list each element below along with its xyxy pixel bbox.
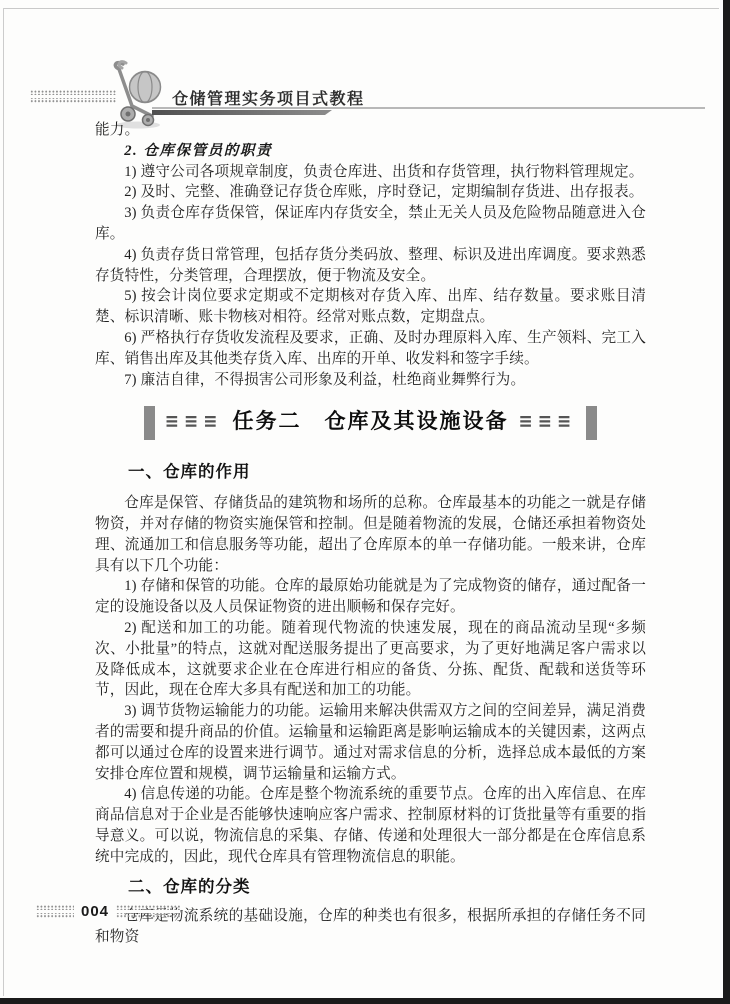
page-number: 004 <box>81 903 109 920</box>
paragraph-continuation: 能力。 <box>95 120 646 141</box>
banner-deco-left: ≡≡≡ <box>165 413 223 433</box>
scan-edge-right <box>723 0 730 1004</box>
footer-dots-right <box>116 905 180 918</box>
scan-edge-bottom <box>0 998 730 1004</box>
page-frame-top <box>3 8 719 9</box>
subheading-keeper-duties: 2. 仓库保管员的职责 <box>95 141 646 162</box>
duty-item: 2) 及时、完整、准确登记存货仓库账，序时登记，定期编制存货进、出存报表。 <box>95 182 646 203</box>
duty-item: 3) 负责仓库存货保管，保证库内存货安全，禁止无关人员及危险物品随意进入仓库。 <box>95 203 646 245</box>
section-heading-warehouse-types: 二、仓库的分类 <box>95 877 646 898</box>
page-footer: 004 <box>36 903 180 919</box>
page-body: 能力。 2. 仓库保管员的职责 1) 遵守公司各项规章制度，负责仓库进、出货和存… <box>95 120 646 948</box>
banner-endbar-left <box>144 406 155 440</box>
duty-item: 1) 遵守公司各项规章制度，负责仓库进、出货和存货管理，执行物料管理规定。 <box>95 162 646 183</box>
book-title: 仓储管理实务项目式教程 <box>172 86 365 109</box>
duty-item: 6) 严格执行存货收发流程及要求，正确、及时办理原料入库、生产领料、完工入库、销… <box>95 328 646 370</box>
banner-endbar-right <box>586 406 597 440</box>
duty-item: 4) 负责存货日常管理，包括存货分类码放、整理、标识及进出库调度。要求熟悉存货特… <box>95 245 646 287</box>
section1-intro: 仓库是保管、存储货品的建筑物和场所的总称。仓库最基本的功能之一就是存储物资，并对… <box>95 493 646 576</box>
function-item: 3) 调节货物运输能力的功能。运输用来解决供需双方之间的空间差异，满足消费者的需… <box>95 701 646 784</box>
page-frame-left <box>3 8 4 996</box>
duty-item: 7) 廉洁自律，不得损害公司形象及利益，杜绝商业舞弊行为。 <box>95 370 646 391</box>
function-item: 2) 配送和加工的功能。随着现代物流的快速发展，现在的商品流动呈现“多频次、小批… <box>95 618 646 701</box>
footer-dots-left <box>36 905 74 918</box>
section-heading-warehouse-role: 一、仓库的作用 <box>95 462 646 483</box>
function-item: 4) 信息传递的功能。仓库是整个物流系统的重要节点。仓库的出入库信息、在库商品信… <box>95 784 646 867</box>
header-rule-line <box>152 107 705 109</box>
banner-deco-right: ≡≡≡ <box>519 413 577 433</box>
task-banner: ≡≡≡ 任务二 仓库及其设施设备 ≡≡≡ <box>95 404 646 441</box>
header-accent-bar <box>152 110 332 115</box>
task-title: 任务二 仓库及其设施设备 <box>233 412 509 433</box>
function-item: 1) 存储和保管的功能。仓库的最原始功能就是为了完成物资的储存，通过配备一定的设… <box>95 576 646 618</box>
book-page: 仓储管理实务项目式教程 能力。 2. 仓库保管员的职责 1) 遵守公司各项规章制… <box>0 0 730 1004</box>
duty-item: 5) 按会计岗位要求定期或不定期核对存货入库、出库、结存数量。要求账目清楚、标识… <box>95 286 646 328</box>
header-dots-pattern <box>30 90 116 103</box>
